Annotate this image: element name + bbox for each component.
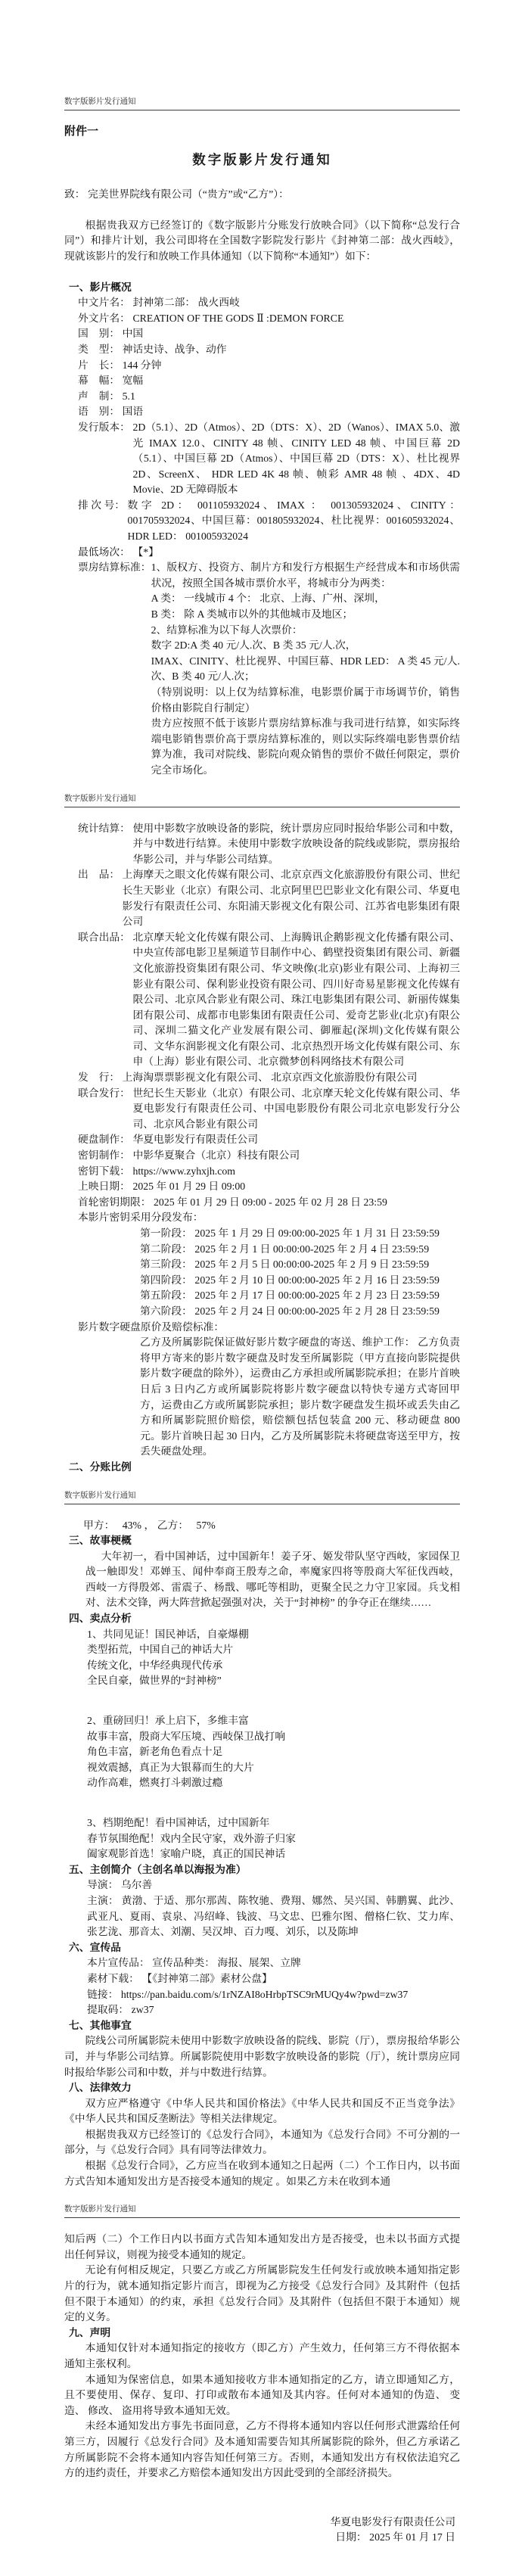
field-value: 上海淘票票影视文化有限公司、 北京京西文化旅游股份有限公司	[123, 1070, 460, 1086]
field-value: 2D（5.1）、2D（Atmos）、2D（DTS：X）、2D（Wanos）、IM…	[132, 420, 460, 498]
section-heading-film-overview: 一、影片概况	[69, 280, 460, 296]
field-language: 语 别： 国语	[78, 404, 460, 420]
settlement-line: 2、结算标准为以下每人次票价：	[151, 623, 460, 639]
field-label: 语 别：	[78, 404, 123, 420]
section-heading-other-matters: 七、其他事宜	[69, 2018, 460, 2034]
field-label: 出 品：	[78, 867, 123, 929]
key-stages-intro: 本影片密钥采用分段发布：	[78, 1210, 460, 1226]
declaration-paragraph: 本通知为保密信息，如果本通知接收方非本通知指定的乙方，请立即通知乙方，且不要使用…	[64, 2372, 460, 2419]
running-header-page1: 数字版影片发行通知	[64, 97, 460, 110]
field-co-production: 联合出品： 北京摩天轮文化传媒有限公司、上海腾讯企鹅影视文化传播有限公司、中央宣…	[78, 930, 460, 1070]
field-value: 5.1	[123, 389, 460, 405]
key-stage-line: 第六阶段： 2025 年 2 月 24 日 00:00:00-2025 年 2 …	[140, 1304, 460, 1320]
section-heading-promo-materials: 六、宣传品	[69, 1940, 460, 1956]
field-value: CREATION OF THE GODS Ⅱ :DEMON FORCE	[132, 311, 460, 327]
field-minimum-showings: 最低场次： 【*】	[78, 545, 460, 561]
field-value: https://www.zyhxjh.com	[132, 1164, 460, 1180]
field-aspect: 幕 幅： 宽幅	[78, 373, 460, 389]
selling-point-line: 3、档期绝配！看中国神话，过中国新年	[87, 1815, 460, 1831]
legal-paragraph: 双方应严格遵守《中华人民共和国价格法》《中华人民共和国反不正当竞争法》《中华人民…	[64, 2096, 460, 2127]
field-label: 国 别：	[78, 326, 123, 342]
section-heading-declaration: 九、声明	[69, 2326, 460, 2341]
field-label: 片 长：	[78, 358, 123, 374]
running-header-page3: 数字版影片发行通知	[64, 1491, 460, 1504]
field-label: 密钥制作：	[78, 1148, 132, 1164]
notice-document: 数字版影片发行通知 附件一 数字版影片发行通知 致： 完美世界院线有限公司（“贵…	[0, 0, 522, 2576]
field-label: 声 制：	[78, 389, 123, 405]
legal-paragraph: 根据贵我双方已经签订的《总发行合同》，本通知为《总发行合同》不可分割的一部分，与…	[64, 2127, 460, 2158]
running-header-page4: 数字版影片发行通知	[64, 2204, 460, 2218]
selling-point-line: 传统文化，中华经典现代传承	[87, 1658, 460, 1674]
field-box-office-settlement: 票房结算标准： 1、版权方、投资方、制片方和发行方根据生产经营成本和市场供需状况…	[78, 560, 460, 778]
promo-download-line: 素材下载： 【《封神第二部》素材公盘】	[87, 1971, 460, 1987]
settlement-line: 数字 2D:A 类 40 元/人.次、B 类 35 元/人.次，	[151, 638, 460, 654]
field-label: 幕 幅：	[78, 373, 123, 389]
field-label: 类 型：	[78, 342, 123, 358]
promo-link-line: 链接： https://pan.baidu.com/s/1rNZAI8oHrbp…	[87, 1987, 460, 2003]
field-value: 2025 年 01 月 29 日 09:00	[132, 1179, 460, 1195]
selling-point-line: 1、共同见证！国民神话，自豪爆棚	[87, 1627, 460, 1643]
field-production: 出 品： 上海摩天之眼文化传媒有限公司、北京京西文化旅游股份有限公司、世纪长生天…	[78, 867, 460, 929]
field-country: 国 别： 中国	[78, 326, 460, 342]
settlement-line: B 类： 除 A 类城市以外的其他城市及地区；	[151, 607, 460, 623]
synopsis-paragraph: 大年初一，看中国神话，过中国新年！姜子牙、姬发带队坚守西岐，家园保卫战一触即发！…	[85, 1549, 460, 1611]
selling-point-line: 故事丰富，殷商大军压境、西岐保卫战打响	[87, 1729, 460, 1745]
selling-point-line: 类型拓荒，中国自己的神话大片	[87, 1642, 460, 1658]
field-key-production: 密钥制作： 中影华夏聚合（北京）科技有限公司	[78, 1148, 460, 1164]
field-label: 硬盘制作：	[78, 1132, 132, 1148]
field-label: 上映日期：	[78, 1179, 132, 1195]
field-label: 首轮密钥期限：	[78, 1195, 154, 1211]
field-co-distribution: 联合发行： 世纪长生天影业（北京）有限公司、北京摩天轮文化传媒有限公司、华夏电影…	[78, 1086, 460, 1133]
field-value: 宽幅	[123, 373, 460, 389]
key-stage-line: 第二阶段： 2025 年 2 月 1 日 00:00:00-2025 年 2 月…	[140, 1242, 460, 1258]
section-heading-selling-points: 四、卖点分析	[69, 1611, 460, 1627]
legal-paragraph-part2: 知后两（二）个工作日内以书面方式告知本通知发出方是否接受，也未以书面方式提出任何…	[64, 2232, 460, 2263]
intro-paragraph: 根据贵我双方已经签订的《数字版影片分账发行放映合同》（以下简称“总发行合同”）和…	[64, 218, 460, 265]
field-value: 中影华夏聚合（北京）科技有限公司	[132, 1148, 460, 1164]
field-value: 中国	[123, 326, 460, 342]
section-heading-revenue-split: 二、分账比例	[69, 1460, 460, 1476]
field-first-key-period: 首轮密钥期限： 2025 年 01 月 29 日 09:00 - 2025 年 …	[78, 1195, 460, 1211]
key-stage-line: 第五阶段： 2025 年 2 月 17 日 00:00:00-2025 年 2 …	[140, 1288, 460, 1304]
selling-point-line: 2、重磅回归！承上启下，多维丰富	[87, 1713, 460, 1729]
field-label: 统计结算：	[78, 821, 132, 868]
settlement-line: 1、版权方、投资方、制片方和发行方根据生产经营成本和市场供需状况，按照全国各城市…	[151, 560, 460, 591]
field-value: 神话史诗、战争、动作	[123, 342, 460, 358]
field-label: 联合发行：	[78, 1086, 132, 1133]
attachment-label: 附件一	[64, 124, 460, 140]
selling-point-line: 角色丰富，新老角色看点十足	[87, 1744, 460, 1760]
key-stage-line: 第三阶段： 2025 年 2 月 5 日 00:00:00-2025 年 2 月…	[140, 1257, 460, 1273]
revenue-split-line: 甲方： 43% ， 乙方： 57%	[83, 1518, 460, 1534]
selling-point-line: 春节氛围绝配！戏内全民守家，戏外游子归家	[87, 1831, 460, 1847]
field-label: 发 行：	[78, 1070, 123, 1086]
key-stage-line: 第四阶段： 2025 年 2 月 10 日 00:00:00-2025 年 2 …	[140, 1273, 460, 1289]
key-stage-line: 第一阶段： 2025 年 1 月 29 日 09:00:00-2025 年 1 …	[140, 1226, 460, 1242]
field-foreign-title: 外文片名： CREATION OF THE GODS Ⅱ :DEMON FORC…	[78, 311, 460, 327]
field-value: 世纪长生天影业（北京）有限公司、北京摩天轮文化传媒有限公司、华夏电影发行有限责任…	[132, 1086, 460, 1133]
signature-company: 华夏电影发行有限责任公司	[64, 2515, 455, 2531]
declaration-paragraph: 未经本通知发出方事先书面同意，乙方不得将本通知内容以任何形式泄露给任何第三方，因…	[64, 2419, 460, 2481]
field-value: 144 分钟	[123, 358, 460, 374]
settlement-lines: 1、版权方、投资方、制片方和发行方根据生产经营成本和市场供需状况，按照全国各城市…	[151, 560, 460, 778]
field-release-date: 上映日期： 2025 年 01 月 29 日 09:00	[78, 1179, 460, 1195]
field-label: 最低场次：	[78, 545, 132, 561]
harddisk-policy-label: 影片数字硬盘原价及赔偿标准：	[78, 1320, 460, 1336]
field-chinese-title: 中文片名： 封神第二部： 战火西岐	[78, 295, 460, 311]
signature-date: 日期： 2025 年 01 月 17 日	[64, 2530, 455, 2546]
field-genre: 类 型： 神话史诗、战争、动作	[78, 342, 460, 358]
selling-point-line: 阖家观影首选！家喻户晓，真正的国民神话	[87, 1846, 460, 1862]
selling-point-line: 视效震撼，真正为大银幕而生的大片	[87, 1760, 460, 1776]
signature-block: 华夏电影发行有限责任公司 日期： 2025 年 01 月 17 日	[64, 2515, 460, 2546]
field-label: 外文片名：	[78, 311, 132, 327]
field-value: 使用中影数字放映设备的影院，统计票房应同时报给华影公司和中数，并与中数进行结算。…	[132, 821, 460, 868]
field-label: 排 次 号：	[78, 498, 128, 545]
settlement-line: （特别说明：以上仅为结算标准，电影票价属于市场调节价，销售价格由影院自行制定）	[151, 685, 460, 716]
field-label: 联合出品：	[78, 930, 132, 1070]
field-value: 数字 2D： 001105932024、IMAX ： 001305932024、…	[128, 498, 460, 545]
running-header-page2: 数字版影片发行通知	[64, 794, 460, 807]
settlement-line: IMAX、CINITY、杜比视界、中国巨幕、HDR LED： A 类 45 元/…	[151, 654, 460, 685]
field-label: 发行版本：	[78, 420, 132, 498]
running-header-text: 数字版影片发行通知	[64, 98, 136, 106]
running-header-text: 数字版影片发行通知	[64, 2205, 136, 2214]
section-heading-legal-effect: 八、法律效力	[69, 2080, 460, 2096]
field-value: 封神第二部： 战火西岐	[132, 295, 460, 311]
section-heading-crew: 五、主创简介（主创名单以海报为准）	[69, 1862, 460, 1878]
cast-paragraph: 主演： 黄渤、于适、那尔那茜、陈牧驰、费翔、娜然、吴兴国、韩鹏翼、此沙、武亚凡、…	[87, 1893, 460, 1940]
field-harddisk-production: 硬盘制作： 华夏电影发行有限责任公司	[78, 1132, 460, 1148]
section-heading-synopsis: 三、故事梗概	[69, 1533, 460, 1549]
field-statistics-settlement: 统计结算： 使用中影数字放映设备的影院，统计票房应同时报给华影公司和中数，并与中…	[78, 821, 460, 868]
field-value: 2025 年 01 月 29 日 09:00 - 2025 年 02 月 28 …	[154, 1195, 460, 1211]
promo-types-line: 本片宣传品： 宣传品种类： 海报、展架、立牌	[87, 1955, 460, 1971]
addressee-line: 致： 完美世界院线有限公司（“贵方”或“乙方”）：	[64, 187, 460, 203]
field-label: 票房结算标准：	[78, 560, 151, 778]
field-value: 华夏电影发行有限责任公司	[132, 1132, 460, 1148]
field-release-versions: 发行版本： 2D（5.1）、2D（Atmos）、2D（DTS：X）、2D（Wan…	[78, 420, 460, 498]
field-runtime: 片 长： 144 分钟	[78, 358, 460, 374]
declaration-paragraph: 本通知仅针对本通知指定的接收方（即乙方）产生效力，任何第三方不得依据本通知主张权…	[64, 2341, 460, 2372]
field-label: 中文片名：	[78, 295, 132, 311]
director-line: 导演： 乌尔善	[87, 1878, 460, 1893]
legal-paragraph: 无论有何相反规定，只要乙方或乙方所属影院发生任何发行或放映本通知指定影片的行为，…	[64, 2263, 460, 2325]
field-sound: 声 制： 5.1	[78, 389, 460, 405]
field-distribution: 发 行： 上海淘票票影视文化有限公司、 北京京西文化旅游股份有限公司	[78, 1070, 460, 1086]
field-key-download-url: 密钥下载： https://www.zyhxjh.com	[78, 1164, 460, 1180]
field-sequence-numbers: 排 次 号： 数字 2D： 001105932024、IMAX ： 001305…	[78, 498, 460, 545]
selling-point-line: 动作高难，燃爽打斗刺激过瘾	[87, 1775, 460, 1791]
selling-point-line: 全民自豪，做世界的“封神榜”	[87, 1673, 460, 1689]
legal-paragraph-part1: 根据《总发行合同》，乙方应当在收到本通知之日起两（二）个工作日内，以书面方式告知…	[64, 2158, 460, 2189]
running-header-text: 数字版影片发行通知	[64, 795, 136, 803]
other-matters-paragraph: 院线公司所属影院未使用中影数字放映设备的院线、影院（厅），票房报给华影公司，并与…	[64, 2033, 460, 2080]
running-header-text: 数字版影片发行通知	[64, 1492, 136, 1500]
field-value: 上海摩天之眼文化传媒有限公司、北京京西文化旅游股份有限公司、世纪长生天影业（北京…	[123, 867, 460, 929]
settlement-line: 贵方应按照不低于该影片票房结算标准与我司进行结算，如实际终端电影销售票价高于票房…	[151, 716, 460, 778]
promo-code-line: 提取码： zw37	[87, 2002, 460, 2018]
settlement-line: A 类： 一线城市 4 个： 北京、上海、广州、深圳，	[151, 591, 460, 607]
field-value: 【*】	[132, 545, 460, 561]
document-title: 数字版影片发行通知	[64, 152, 460, 168]
field-label: 密钥下载：	[78, 1164, 132, 1180]
harddisk-policy-paragraph: 乙方及所属影院保证做好影片数字硬盘的寄送、维护工作： 乙方负责将甲方寄来的影片数…	[140, 1335, 460, 1460]
field-value: 国语	[123, 404, 460, 420]
field-value: 北京摩天轮文化传媒有限公司、上海腾讯企鹅影视文化传播有限公司、中央宣传部电影卫星…	[132, 930, 460, 1070]
